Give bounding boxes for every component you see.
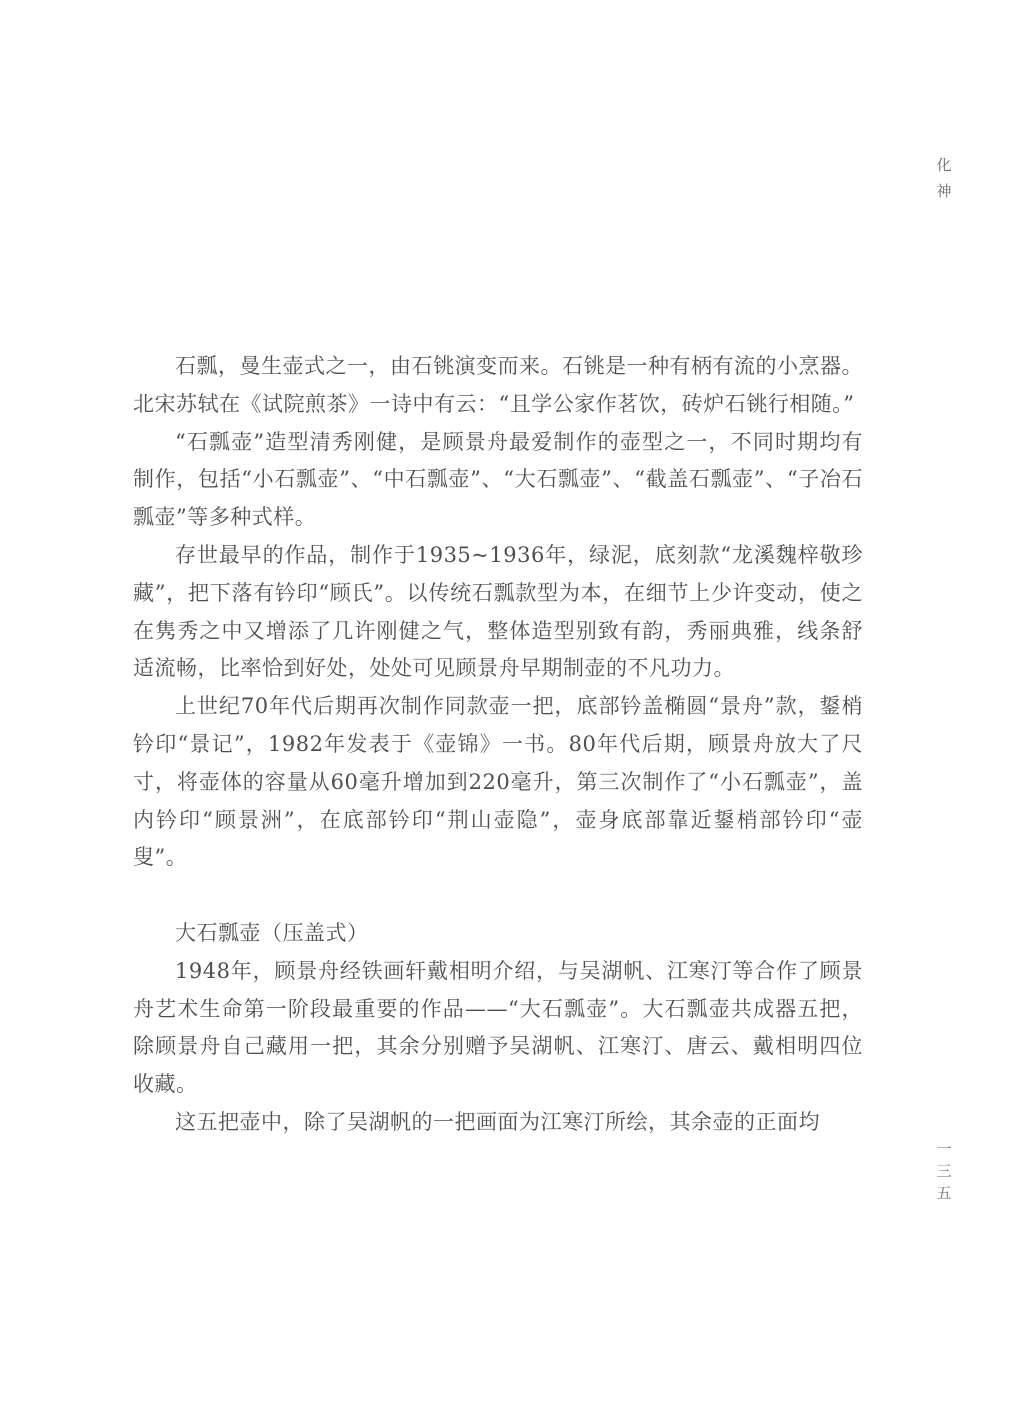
paragraph: 石瓢，曼生壶式之一，由石铫演变而来。石铫是一种有柄有流的小烹器。北宋苏轼在《试院… [133,348,863,424]
paragraph: 存世最早的作品，制作于1935~1936年，绿泥，底刻款“龙溪魏梓敬珍藏”，把下… [133,537,863,688]
page-number-digit: 五 [934,1182,954,1204]
running-header-char: 化 [934,152,954,178]
page-number: 一 三 五 [934,1138,954,1204]
running-header-chapter-title: 化 神 [934,152,954,204]
section-spacer [133,877,863,915]
page-number-digit: 一 [934,1138,954,1160]
paragraph: 上世纪70年代后期再次制作同款壶一把，底部钤盖椭圆“景舟”款，鋬梢钤印“景记”，… [133,688,863,877]
paragraph: 1948年，顾景舟经铁画轩戴相明介绍，与吴湖帆、江寒汀等合作了顾景舟艺术生命第一… [133,953,863,1104]
paragraph: “石瓢壶”造型清秀刚健，是顾景舟最爱制作的壶型之一，不同时期均有制作，包括“小石… [133,424,863,537]
body-text: 石瓢，曼生壶式之一，由石铫演变而来。石铫是一种有柄有流的小烹器。北宋苏轼在《试院… [133,348,863,1142]
running-header-char: 神 [934,178,954,204]
paragraph: 这五把壶中，除了吴湖帆的一把画面为江寒汀所绘，其余壶的正面均 [133,1104,863,1142]
section-heading: 大石瓢壶（压盖式） [133,915,863,953]
page-number-digit: 三 [934,1160,954,1182]
